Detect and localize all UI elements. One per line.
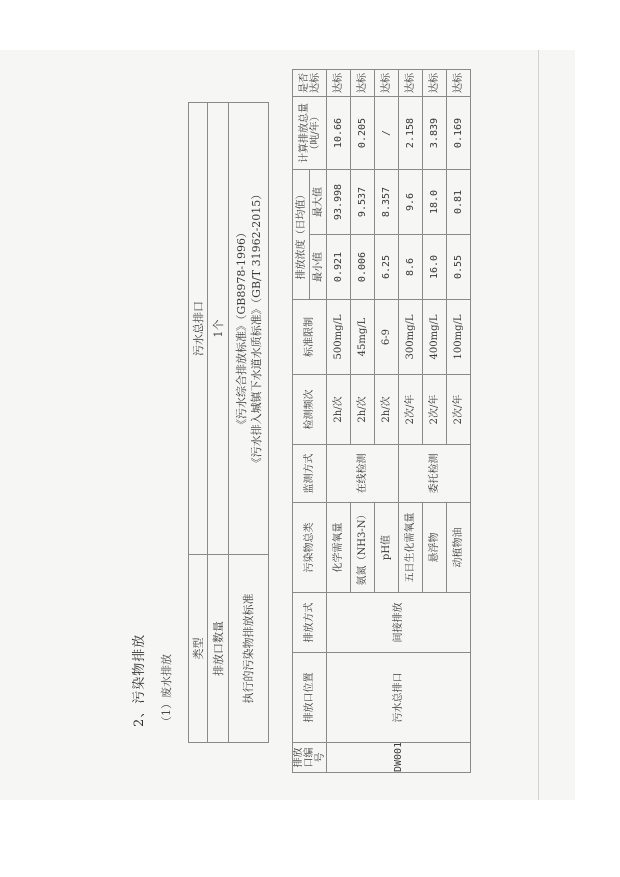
- limit-cell: 500mg/L: [327, 300, 351, 375]
- pollutant-cell: 五日生化需氧量: [399, 503, 423, 593]
- header-pollutant: 污染物总类: [293, 503, 327, 593]
- standard-line: 《污水综合排放标准》（GB8978-1996）: [236, 103, 247, 554]
- summary-row-type: 类型 污水总排口: [189, 103, 208, 743]
- outlet-id-cell: DW001: [327, 743, 471, 773]
- compliance-cell: 达标: [375, 70, 399, 97]
- limit-cell: 400mg/L: [423, 300, 447, 375]
- max-cell: 9.6: [399, 170, 423, 235]
- summary-value: 《污水综合排放标准》（GB8978-1996） 《污水排入城镇下水道水质标准》（…: [229, 103, 269, 555]
- header-monitoring-method: 监测方式: [293, 445, 327, 503]
- pollutant-cell: 氨氮（NH3-N）: [351, 503, 375, 593]
- summary-table: 类型 污水总排口 排放口数量 1个 执行的污染物排放标准 《污水综合排放标准》（…: [188, 102, 269, 743]
- compliance-cell: 达标: [351, 70, 375, 97]
- limit-cell: 6-9: [375, 300, 399, 375]
- header-concentration: 排放浓度（日均值）: [293, 170, 310, 300]
- frequency-cell: 2h/次: [375, 375, 399, 445]
- emission-table: 排放口编号 排放口位置 排放方式 污染物总类 监测方式 检测频次 标准限制 排放…: [292, 69, 471, 773]
- summary-value: 污水总排口: [189, 103, 208, 555]
- summary-label: 排放口数量: [208, 555, 229, 743]
- monitoring-method-cell: 委托检测: [399, 445, 471, 503]
- header-outlet-location: 排放口位置: [293, 653, 327, 743]
- total-cell: /: [375, 97, 399, 170]
- standard-line: 《污水排入城镇下水道水质标准》（GB/T 31962-2015）: [251, 103, 262, 554]
- header-limit: 标准限制: [293, 300, 327, 375]
- limit-cell: 300mg/L: [399, 300, 423, 375]
- rotated-document-page: 2、污染物排放 （1）废水排放 类型 污水总排口 排放口数量 1个 执行的污染物…: [0, 0, 620, 877]
- discharge-mode-cell: 间接排放: [327, 593, 471, 653]
- total-cell: 10.66: [327, 97, 351, 170]
- summary-value: 1个: [208, 103, 229, 555]
- table-row: DW001 污水总排口 间接排放 化学需氧量 在线检测 2h/次 500mg/L…: [327, 70, 351, 773]
- total-cell: 0.205: [351, 97, 375, 170]
- min-cell: 0.921: [327, 235, 351, 300]
- frequency-cell: 2次/年: [447, 375, 471, 445]
- pollutant-cell: 化学需氧量: [327, 503, 351, 593]
- total-cell: 0.169: [447, 97, 471, 170]
- min-cell: 6.25: [375, 235, 399, 300]
- pollutant-cell: 动植物油: [447, 503, 471, 593]
- frequency-cell: 2次/年: [423, 375, 447, 445]
- compliance-cell: 达标: [399, 70, 423, 97]
- header-discharge-mode: 排放方式: [293, 593, 327, 653]
- compliance-cell: 达标: [327, 70, 351, 97]
- max-cell: 18.0: [423, 170, 447, 235]
- outlet-location-cell: 污水总排口: [327, 653, 471, 743]
- limit-cell: 45mg/L: [351, 300, 375, 375]
- max-cell: 9.537: [351, 170, 375, 235]
- summary-label: 执行的污染物排放标准: [229, 555, 269, 743]
- header-frequency: 检测频次: [293, 375, 327, 445]
- min-cell: 8.6: [399, 235, 423, 300]
- frequency-cell: 2次/年: [399, 375, 423, 445]
- max-cell: 0.81: [447, 170, 471, 235]
- header-row: 排放口编号 排放口位置 排放方式 污染物总类 监测方式 检测频次 标准限制 排放…: [293, 70, 310, 773]
- total-cell: 3.839: [423, 97, 447, 170]
- header-compliance: 是否达标: [293, 70, 327, 97]
- header-min: 最小值: [310, 235, 327, 300]
- header-total: 计算排放总量（吨/年）: [293, 97, 327, 170]
- frequency-cell: 2h/次: [327, 375, 351, 445]
- limit-cell: 100mg/L: [447, 300, 471, 375]
- summary-row-standard: 执行的污染物排放标准 《污水综合排放标准》（GB8978-1996） 《污水排入…: [229, 103, 269, 743]
- frequency-cell: 2h/次: [351, 375, 375, 445]
- section-heading: 2、污染物排放: [128, 634, 147, 727]
- pollutant-cell: 悬浮物: [423, 503, 447, 593]
- min-cell: 0.006: [351, 235, 375, 300]
- monitoring-method-cell: 在线检测: [327, 445, 399, 503]
- pollutant-cell: pH值: [375, 503, 399, 593]
- compliance-cell: 达标: [447, 70, 471, 97]
- summary-label: 类型: [189, 555, 208, 743]
- max-cell: 93.998: [327, 170, 351, 235]
- max-cell: 8.357: [375, 170, 399, 235]
- section-subheading: （1）废水排放: [158, 654, 174, 727]
- total-cell: 2.158: [399, 97, 423, 170]
- summary-row-count: 排放口数量 1个: [208, 103, 229, 743]
- compliance-cell: 达标: [423, 70, 447, 97]
- header-max: 最大值: [310, 170, 327, 235]
- min-cell: 0.55: [447, 235, 471, 300]
- min-cell: 16.0: [423, 235, 447, 300]
- header-outlet-id: 排放口编号: [293, 743, 327, 773]
